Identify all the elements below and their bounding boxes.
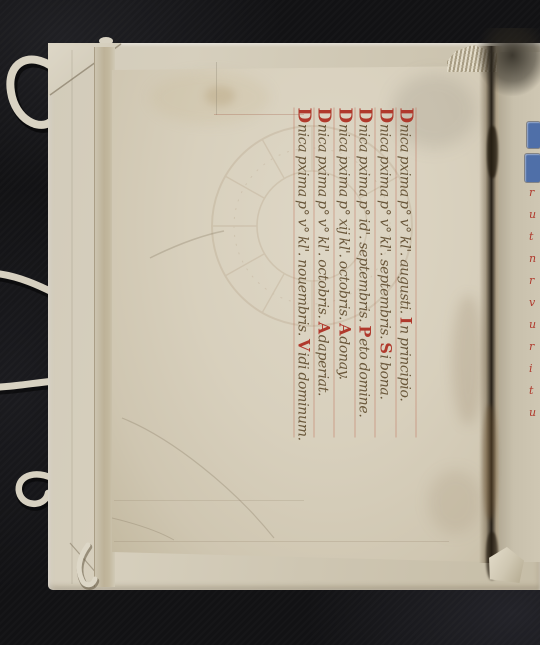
manuscript-photograph: Dnica pxima p° v° kl'. augusti.In princi… (0, 0, 540, 645)
corner-tassel-layer (0, 0, 540, 645)
